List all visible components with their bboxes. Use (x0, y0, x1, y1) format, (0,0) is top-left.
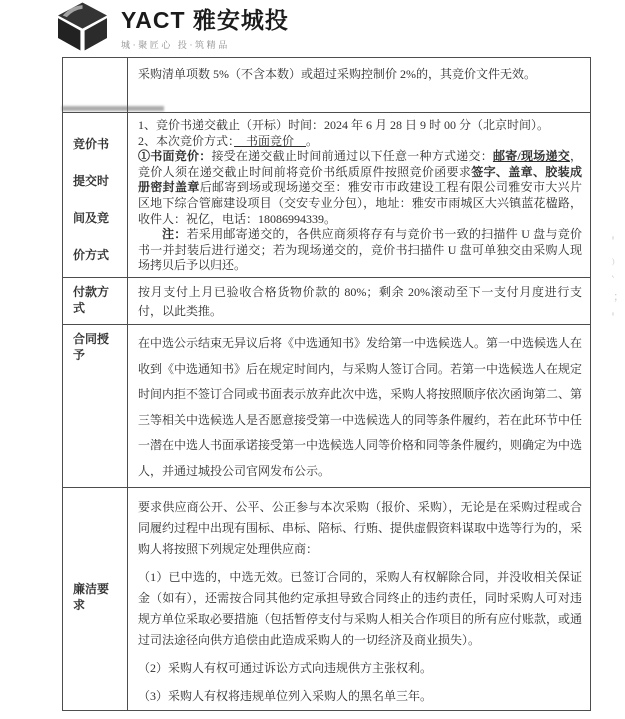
table-row: 竞价书提交时间及竞价方式 1、竞价书递交截止（开标）时间：2024 年 6 月 … (63, 113, 591, 278)
label-payment-method: 付款方式 (63, 278, 128, 325)
integrity-intro-paragraph: 要求供应商公开、公平、公正参与本次采购（报价、采购），无论是在采购过程或合同履约… (138, 497, 582, 560)
content-bid-submission-time-method: 1、竞价书递交截止（开标）时间：2024 年 6 月 28 日 9 时 00 分… (128, 113, 591, 278)
integrity-clause-2: （2）采购人有权可通过诉讼方式向违规供方主张权利。 (138, 658, 582, 679)
table-row: 合同授予 在中选公示结束无异议后将《中选通知书》发给第一中选候选人。第一中选候选… (63, 325, 591, 488)
label-contract-award: 合同授予 (63, 325, 128, 488)
clause-invalid-bid: 采购清单项数 5%（不含本数）或超过采购控制价 2%的，其竞价文件无效。 (128, 58, 591, 113)
table-row: 廉洁要求 要求供应商公开、公平、公正参与本次采购（报价、采购），无论是在采购过程… (63, 488, 591, 711)
integrity-clause-1: （1）已中选的，中选无效。已签订合同的，采购人有权解除合同，并没收相关保证金（如… (138, 567, 582, 651)
logo-brand: YACT 雅安城投 (121, 9, 289, 32)
logo-text-block: YACT 雅安城投 城·聚匠心 投·筑精品 (121, 2, 289, 51)
margin-handwriting-marks: ＇﹚｀；＇ (604, 236, 620, 351)
integrity-clause-3: （3）采购人有权将违规单位列入采购人的黑名单三年。 (138, 686, 582, 707)
table-row: 采购清单项数 5%（不含本数）或超过采购控制价 2%的，其竞价文件无效。 (63, 58, 591, 113)
logo-tagline: 城·聚匠心 投·筑精品 (121, 38, 289, 51)
row-label-empty (63, 58, 128, 113)
bid-method-line: 2、本次竞价方式： 书面竞价 。 (138, 134, 582, 150)
payment-method-text: 按月支付上月已验收合格货物价款的 80%；剩余 20%滚动至下一支付月度进行支付… (138, 283, 582, 321)
logo: YACT 雅安城投 城·聚匠心 投·筑精品 (56, 2, 289, 51)
content-contract-award: 在中选公示结束无异议后将《中选通知书》发给第一中选候选人。第一中选候选人在收到《… (128, 325, 591, 488)
written-bid-paragraph: ①书面竞价：接受在递交截止时间前通过以下任意一种方式递交：邮寄/现场递交，竞价人… (138, 149, 582, 227)
clause-invalid-bid-text: 采购清单项数 5%（不含本数）或超过采购控制价 2%的，其竞价文件无效。 (138, 67, 582, 83)
contract-award-text: 在中选公示结束无异议后将《中选通知书》发给第一中选候选人。第一中选候选人在收到《… (138, 331, 582, 484)
note-paragraph: 注：若采用邮寄递交的，各供应商须将存有与竞价书一致的扫描件 U 盘与竞价书一并封… (138, 227, 582, 274)
content-payment-method: 按月支付上月已验收合格货物价款的 80%；剩余 20%滚动至下一支付月度进行支付… (128, 278, 591, 325)
document-page: YACT 雅安城投 城·聚匠心 投·筑精品 采购清单项数 5%（不含本数）或超过… (0, 0, 625, 719)
content-integrity-requirements: 要求供应商公开、公平、公正参与本次采购（报价、采购），无论是在采购过程或合同履约… (128, 488, 591, 711)
procurement-terms-table: 采购清单项数 5%（不含本数）或超过采购控制价 2%的，其竞价文件无效。 竞价书… (62, 57, 591, 711)
table-row: 付款方式 按月支付上月已验收合格货物价款的 80%；剩余 20%滚动至下一支付月… (63, 278, 591, 325)
label-bid-submission-time-method: 竞价书提交时间及竞价方式 (63, 113, 128, 278)
label-integrity-requirements: 廉洁要求 (63, 488, 128, 711)
bid-deadline-line: 1、竞价书递交截止（开标）时间：2024 年 6 月 28 日 9 时 00 分… (138, 118, 582, 134)
cube-logo-icon (56, 2, 109, 51)
